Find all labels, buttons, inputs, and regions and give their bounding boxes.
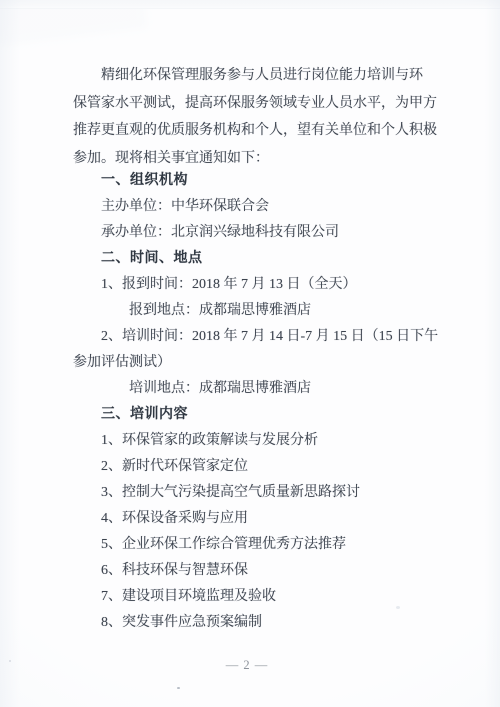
organizer-unit-line: 承办单位：北京润兴绿地科技有限公司 bbox=[73, 220, 445, 246]
training-topic-line: 8、突发事件应急预案编制 bbox=[73, 610, 445, 636]
intro-paragraph-line: 保管家水平测试，提高环保服务领域专业人员水平，为甲方 bbox=[73, 90, 445, 118]
training-topic-line: 6、科技环保与智慧环保 bbox=[73, 558, 445, 584]
host-unit-line: 主办单位：中华环保联合会 bbox=[73, 194, 445, 220]
page-number: — 2 — bbox=[0, 656, 494, 674]
registration-place-line: 报到地点：成都瑞思博雅酒店 bbox=[73, 298, 445, 324]
scan-speck-artifact bbox=[9, 660, 11, 662]
notice-body: 一、组织机构 主办单位：中华环保联合会 承办单位：北京润兴绿地科技有限公司 二、… bbox=[73, 168, 445, 636]
section-heading-training-content: 三、培训内容 bbox=[73, 402, 445, 428]
section-heading-time-place: 二、时间、地点 bbox=[73, 246, 445, 272]
scan-paper-top-edge bbox=[0, 0, 500, 9]
document-content: 精细化环保管理服务参与人员进行岗位能力培训与环 保管家水平测试，提高环保服务领域… bbox=[73, 62, 445, 636]
training-topic-line: 7、建设项目环境监理及验收 bbox=[73, 584, 445, 610]
intro-paragraph-line: 推荐更直观的优质服务机构和个人，望有关单位和个人积极 bbox=[73, 117, 445, 145]
intro-paragraph: 精细化环保管理服务参与人员进行岗位能力培训与环 保管家水平测试，提高环保服务领域… bbox=[73, 62, 445, 172]
scan-speck-artifact bbox=[396, 606, 400, 609]
intro-paragraph-line: 精细化环保管理服务参与人员进行岗位能力培训与环 bbox=[73, 62, 445, 90]
training-time-line: 2、培训时间：2018 年 7 月 14 日-7 月 15 日（15 日下午 bbox=[73, 324, 445, 350]
training-topic-line: 3、控制大气污染提高空气质量新思路探讨 bbox=[73, 480, 445, 506]
scanned-document-page: 精细化环保管理服务参与人员进行岗位能力培训与环 保管家水平测试，提高环保服务领域… bbox=[0, 0, 500, 707]
registration-time-line: 1、报到时间：2018 年 7 月 13 日（全天） bbox=[73, 272, 445, 298]
training-topic-line: 5、企业环保工作综合管理优秀方法推荐 bbox=[73, 532, 445, 558]
scan-speck-artifact bbox=[177, 687, 180, 689]
training-topic-line: 2、新时代环保管家定位 bbox=[73, 454, 445, 480]
training-topic-line: 1、环保管家的政策解读与发展分析 bbox=[73, 428, 445, 454]
training-topic-line: 4、环保设备采购与应用 bbox=[73, 506, 445, 532]
training-time-continuation-line: 参加评估测试） bbox=[73, 350, 445, 376]
training-place-line: 培训地点：成都瑞思博雅酒店 bbox=[73, 376, 445, 402]
